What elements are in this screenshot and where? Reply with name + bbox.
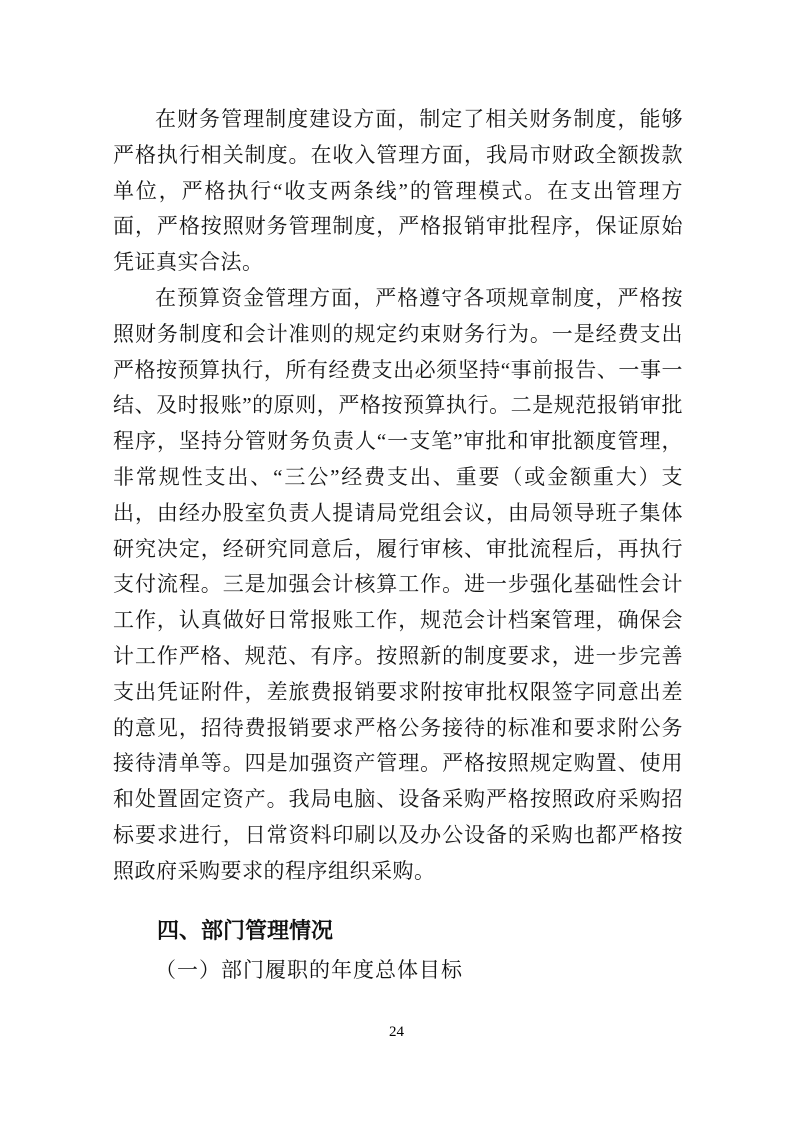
document-body: 在财务管理制度建设方面，制定了相关财务制度，能够严格执行相关制度。在收入管理方面… <box>113 102 683 988</box>
document-page: 在财务管理制度建设方面，制定了相关财务制度，能够严格执行相关制度。在收入管理方面… <box>0 0 793 1122</box>
body-paragraph-budget-funds-management: 在预算资金管理方面，严格遵守各项规章制度，严格按照财务制度和会计准则的规定约束财… <box>113 281 683 890</box>
subsection-heading-annual-goals: （一）部门履职的年度总体目标 <box>113 952 683 988</box>
page-number: 24 <box>0 1024 793 1041</box>
body-paragraph-financial-management-system: 在财务管理制度建设方面，制定了相关财务制度，能够严格执行相关制度。在收入管理方面… <box>113 102 683 281</box>
section-heading-department-management: 四、部门管理情况 <box>113 913 683 949</box>
